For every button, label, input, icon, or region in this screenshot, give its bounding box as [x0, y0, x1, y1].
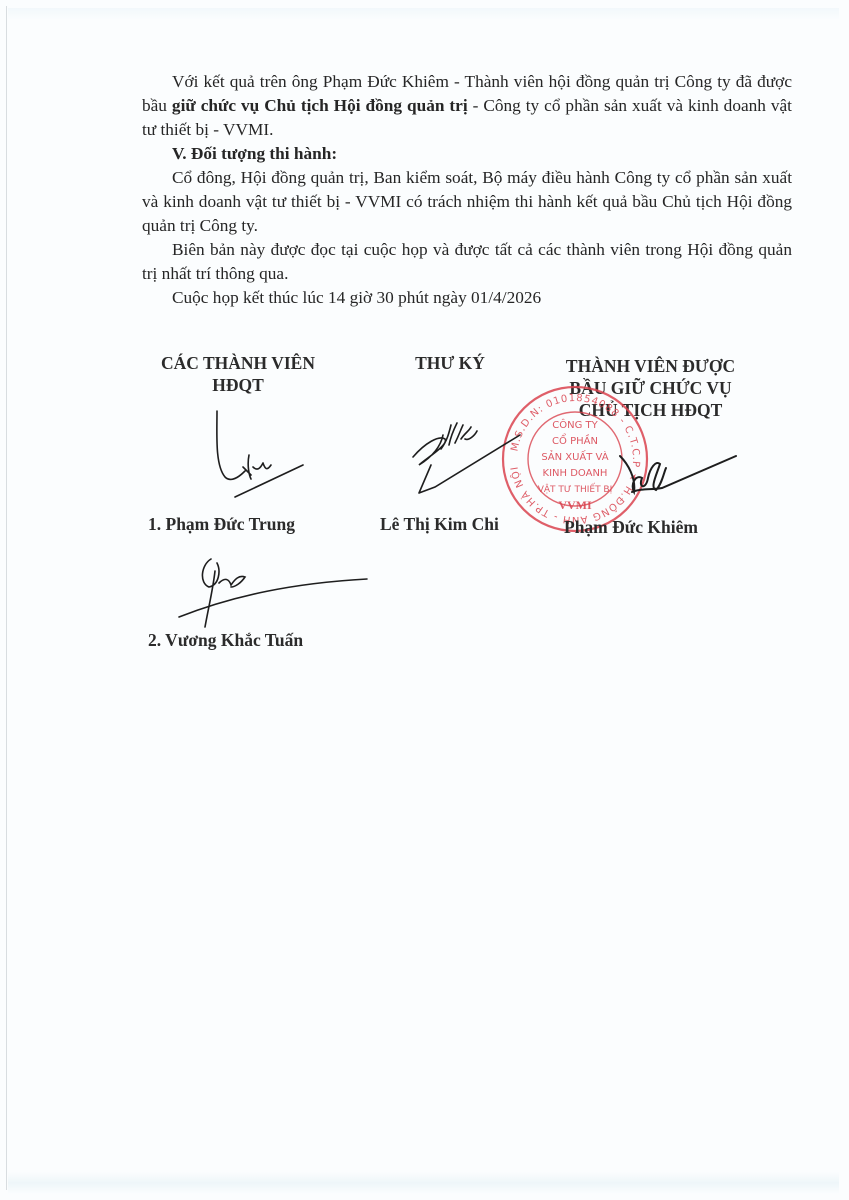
- stamp-line-4: KINH DOANH: [543, 468, 608, 479]
- signature-chairman: [612, 448, 742, 508]
- stamp-line-1: CÔNG TY: [552, 418, 598, 431]
- chairman-name: Phạm Đức Khiêm: [564, 517, 698, 538]
- member-1-name: 1. Phạm Đức Trung: [148, 514, 295, 535]
- signature-secretary: [405, 415, 525, 500]
- scan-edge-bottom: [8, 1172, 839, 1194]
- section-heading: V. Đối tượng thi hành:: [142, 142, 792, 166]
- stamp-line-6: VVMI: [558, 498, 592, 512]
- scan-edge-left: [6, 6, 7, 1190]
- members-title: CÁC THÀNH VIÊN HĐQT: [148, 352, 328, 396]
- closing-paragraph: Cuộc họp kết thúc lúc 14 giờ 30 phút ngà…: [142, 286, 792, 310]
- signature-member-2: [175, 555, 370, 630]
- enforcement-paragraph: Cổ đông, Hội đồng quản trị, Ban kiểm soá…: [142, 166, 792, 238]
- secretary-name: Lê Thị Kim Chi: [380, 514, 499, 535]
- document-body: Với kết quả trên ông Phạm Đức Khiêm - Th…: [142, 70, 792, 310]
- stamp-line-2: CỔ PHẦN: [552, 432, 598, 447]
- result-paragraph: Với kết quả trên ông Phạm Đức Khiêm - Th…: [142, 70, 792, 142]
- signature-member-1: [205, 405, 305, 500]
- result-position: giữ chức vụ Chủ tịch Hội đồng quản trị: [172, 96, 468, 115]
- member-2-name: 2. Vương Khắc Tuấn: [148, 630, 303, 651]
- scan-edge-top: [8, 8, 839, 20]
- approval-paragraph: Biên bản này được đọc tại cuộc họp và đư…: [142, 238, 792, 286]
- stamp-line-5: VẬT TƯ THIẾT BỊ: [538, 483, 613, 495]
- secretary-title: THƯ KÝ: [395, 352, 505, 374]
- stamp-line-3: SẢN XUẤT VÀ: [541, 449, 608, 463]
